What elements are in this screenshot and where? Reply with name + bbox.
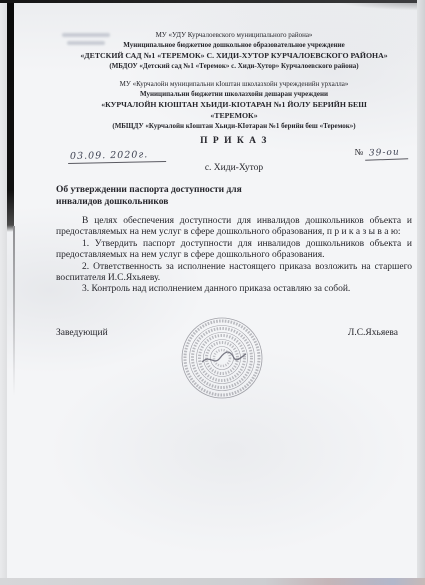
header-line: МУ «УДУ Курчалоевского муниципального ра… xyxy=(56,30,412,40)
order-item: 3. Контроль над исполнением данного прик… xyxy=(56,284,412,295)
official-round-stamp xyxy=(180,316,264,400)
scan-binding-shadow xyxy=(6,2,14,232)
signer-position: Заведующий xyxy=(56,328,108,338)
order-title: П Р И К А З xyxy=(56,136,412,146)
scanned-order-document: МУ «УДУ Курчалоевского муниципального ра… xyxy=(0,0,425,585)
scan-corner-shadow xyxy=(305,0,425,12)
header-line: Муниципальное бюджетное дошкольное образ… xyxy=(56,40,412,50)
handwritten-number: 39-ои xyxy=(365,147,408,160)
scan-fold-line xyxy=(13,226,15,396)
signer-name: Л.С.Яхьяева xyxy=(348,328,398,338)
order-subject: Об утверждении паспорта доступности для … xyxy=(56,184,412,208)
header-line: «ТЕРЕМОК» xyxy=(56,110,412,121)
header-line: (МБДОУ «Детский сад №1 «Теремок» с. Хиди… xyxy=(56,61,412,71)
place-line: с. Хиди-Хутор xyxy=(56,163,412,173)
scan-left-edge xyxy=(0,2,7,578)
order-item: 2. Ответственность за исполнение настоящ… xyxy=(56,262,412,285)
header-russian: МУ «УДУ Курчалоевского муниципального ра… xyxy=(56,30,412,71)
number-sign: № xyxy=(354,147,363,157)
order-body: В целях обеспечения доступности для инва… xyxy=(56,216,412,296)
order-meta: 03.09. 2020г. № 39-ои с. Хиди-Хутор xyxy=(56,146,412,178)
scan-bottom-color-tint xyxy=(265,578,425,585)
order-item: 1. Утвердить паспорт доступности для инв… xyxy=(56,239,412,262)
header-line: «ДЕТСКИЙ САД №1 «ТЕРЕМОК» С. ХИДИ-ХУТОР … xyxy=(56,50,412,61)
header-line: «КУРЧАЛОЙН КIОШТАН ХЬИДИ-КIОТАРАН №1 ЙОЛ… xyxy=(56,99,412,110)
scan-right-edge xyxy=(417,0,425,585)
intro-paragraph: В целях обеспечения доступности для инва… xyxy=(56,216,412,239)
document-content: МУ «УДУ Курчалоевского муниципального ра… xyxy=(56,30,412,338)
order-number: № 39-ои xyxy=(354,147,408,160)
subject-line: Об утверждении паспорта доступности для xyxy=(56,184,412,196)
subject-line: инвалидов дошкольников xyxy=(56,196,412,208)
header-line: Муниципальни бюджетни школазхойн дешаран… xyxy=(56,89,412,99)
header-line: МУ «Курчалойн муниципальни кIоштан школа… xyxy=(56,79,412,89)
header-line: (МБЩДУ «Курчалойн кIоштан Хьиди-КIотаран… xyxy=(56,121,412,131)
header-chechen: МУ «Курчалойн муниципальни кIоштан школа… xyxy=(56,79,412,131)
handwritten-date: 03.09. 2020г. xyxy=(68,149,166,164)
